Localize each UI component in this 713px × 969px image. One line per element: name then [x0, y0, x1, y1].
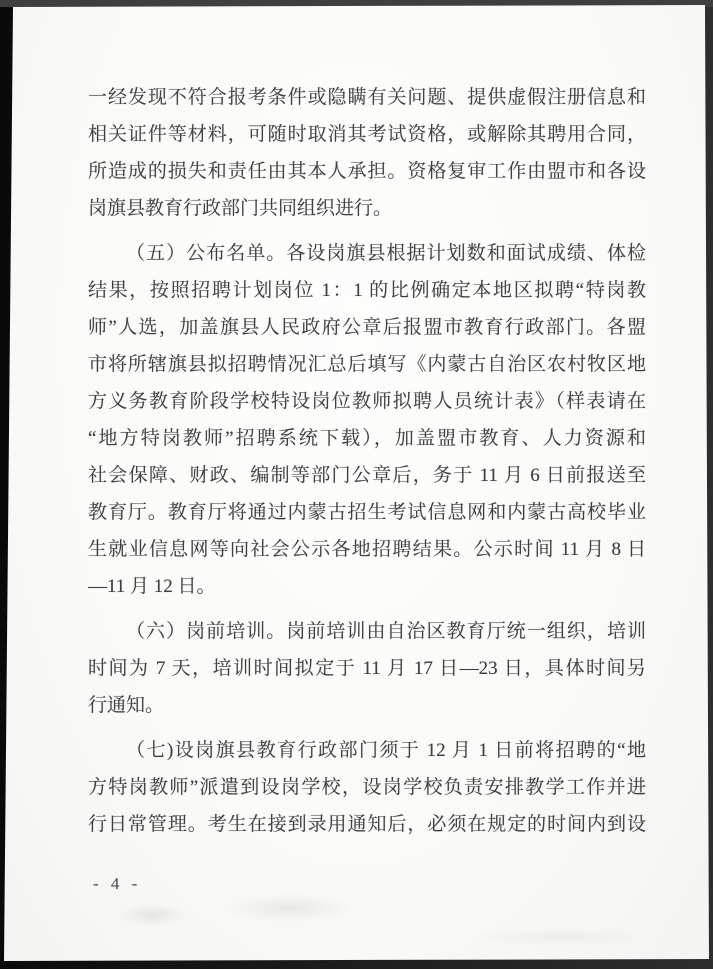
text-line: （五）公布名单。各设岗旗县根据计划数和面试成绩、体检	[88, 235, 646, 272]
scan-smudge	[470, 928, 650, 946]
text-line: 结果，按照招聘计划岗位 1：1 的比例确定本地区拟聘“特岗教	[88, 272, 646, 309]
text-line: “地方特岗教师”招聘系统下载），加盖盟市教育、人力资源和	[88, 420, 646, 457]
text-line: 师”人选，加盖旗县人民政府公章后报盟市教育行政部门。各盟	[88, 309, 646, 346]
text-line: （七)设岗旗县教育行政部门须于 12 月 1 日前将招聘的“地	[88, 732, 646, 769]
document-page: 一经发现不符合报考条件或隐瞒有关问题、提供虚假注册信息和 相关证件等材料，可随时…	[0, 0, 713, 969]
text-line: 市将所辖旗县拟招聘情况汇总后填写《内蒙古自治区农村牧区地	[88, 346, 646, 383]
document-text: 一经发现不符合报考条件或隐瞒有关问题、提供虚假注册信息和 相关证件等材料，可随时…	[88, 79, 646, 843]
text-line: 教育厅。教育厅将通过内蒙古招生考试信息网和内蒙古高校毕业	[88, 494, 646, 531]
text-line: 所造成的损失和责任由其本人承担。资格复审工作由盟市和各设	[88, 153, 646, 190]
paragraph: （七)设岗旗县教育行政部门须于 12 月 1 日前将招聘的“地 方特岗教师”派遣…	[88, 732, 646, 843]
paragraph: （六）岗前培训。岗前培训由自治区教育厅统一组织，培训 时间为 7 天，培训时间拟…	[88, 613, 646, 724]
text-line: 生就业信息网等向社会公示各地招聘结果。公示时间 11 月 8 日	[88, 531, 646, 568]
text-line: 行通知。	[88, 687, 646, 724]
text-line: 相关证件等材料，可随时取消其考试资格，或解除其聘用合同，	[88, 116, 646, 153]
text-line: 社会保障、财政、编制等部门公章后，务于 11 月 6 日前报送至	[88, 457, 646, 494]
text-line: —11 月 12 日。	[88, 568, 646, 605]
text-line: （六）岗前培训。岗前培训由自治区教育厅统一组织，培训	[88, 613, 646, 650]
text-line: 岗旗县教育行政部门共同组织进行。	[88, 190, 646, 227]
paragraph: 一经发现不符合报考条件或隐瞒有关问题、提供虚假注册信息和 相关证件等材料，可随时…	[88, 79, 646, 227]
text-line: 行日常管理。考生在接到录用通知后，必须在规定的时间内到设	[88, 806, 646, 843]
scan-smudge	[118, 903, 188, 927]
text-line: 一经发现不符合报考条件或隐瞒有关问题、提供虚假注册信息和	[88, 79, 646, 116]
scan-smudge	[225, 893, 355, 923]
text-line: 方义务教育阶段学校特设岗位教师拟聘人员统计表》（样表请在	[88, 383, 646, 420]
text-line: 时间为 7 天，培训时间拟定于 11 月 17 日—23 日，具体时间另	[88, 650, 646, 687]
page-number: - 4 -	[93, 874, 141, 894]
paragraph: （五）公布名单。各设岗旗县根据计划数和面试成绩、体检 结果，按照招聘计划岗位 1…	[88, 235, 646, 605]
text-line: 方特岗教师”派遣到设岗学校，设岗学校负责安排教学工作并进	[88, 769, 646, 806]
